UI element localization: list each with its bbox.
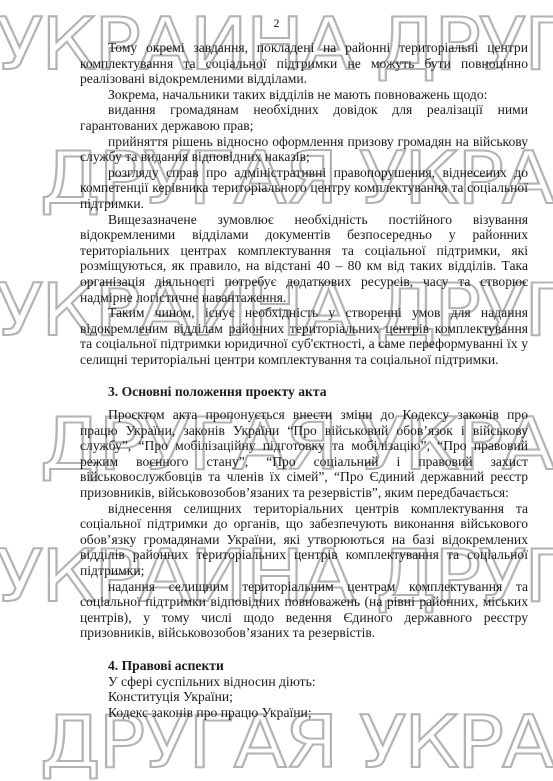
paragraph: віднесення селищних територіальних центр…	[80, 501, 528, 579]
list-line: Конституція України;	[80, 689, 528, 705]
paragraph: надання селищним територіальним центрам …	[80, 579, 528, 641]
page-number: 2	[0, 17, 553, 29]
list-line: Кодекс законів про працю України;	[80, 705, 528, 721]
paragraph: Вищезазначене зумовлює необхідність пост…	[80, 212, 528, 306]
paragraph: Проєктом акта пропонується внести зміни …	[80, 407, 528, 501]
paragraph: видання громадянам необхідних довідок дл…	[80, 102, 528, 133]
paragraph: розгляду справ про адміністративні право…	[80, 165, 528, 212]
list-line: У сфері суспільних відносин діють:	[80, 674, 528, 690]
paragraph: Таким чином, існує необхідність у створе…	[80, 305, 528, 367]
section-heading-3: 3. Основні положення проекту акта	[80, 384, 528, 400]
paragraph: прийняття рішень відносно оформлення при…	[80, 134, 528, 165]
document-body: Тому окремі завдання, покладені на район…	[80, 40, 528, 720]
document-page: 2 Тому окремі завдання, покладені на рай…	[0, 0, 553, 781]
section-heading-4: 4. Правові аспекти	[80, 658, 528, 674]
paragraph: Зокрема, начальники таких відділів не ма…	[80, 87, 528, 103]
paragraph: Тому окремі завдання, покладені на район…	[80, 40, 528, 87]
